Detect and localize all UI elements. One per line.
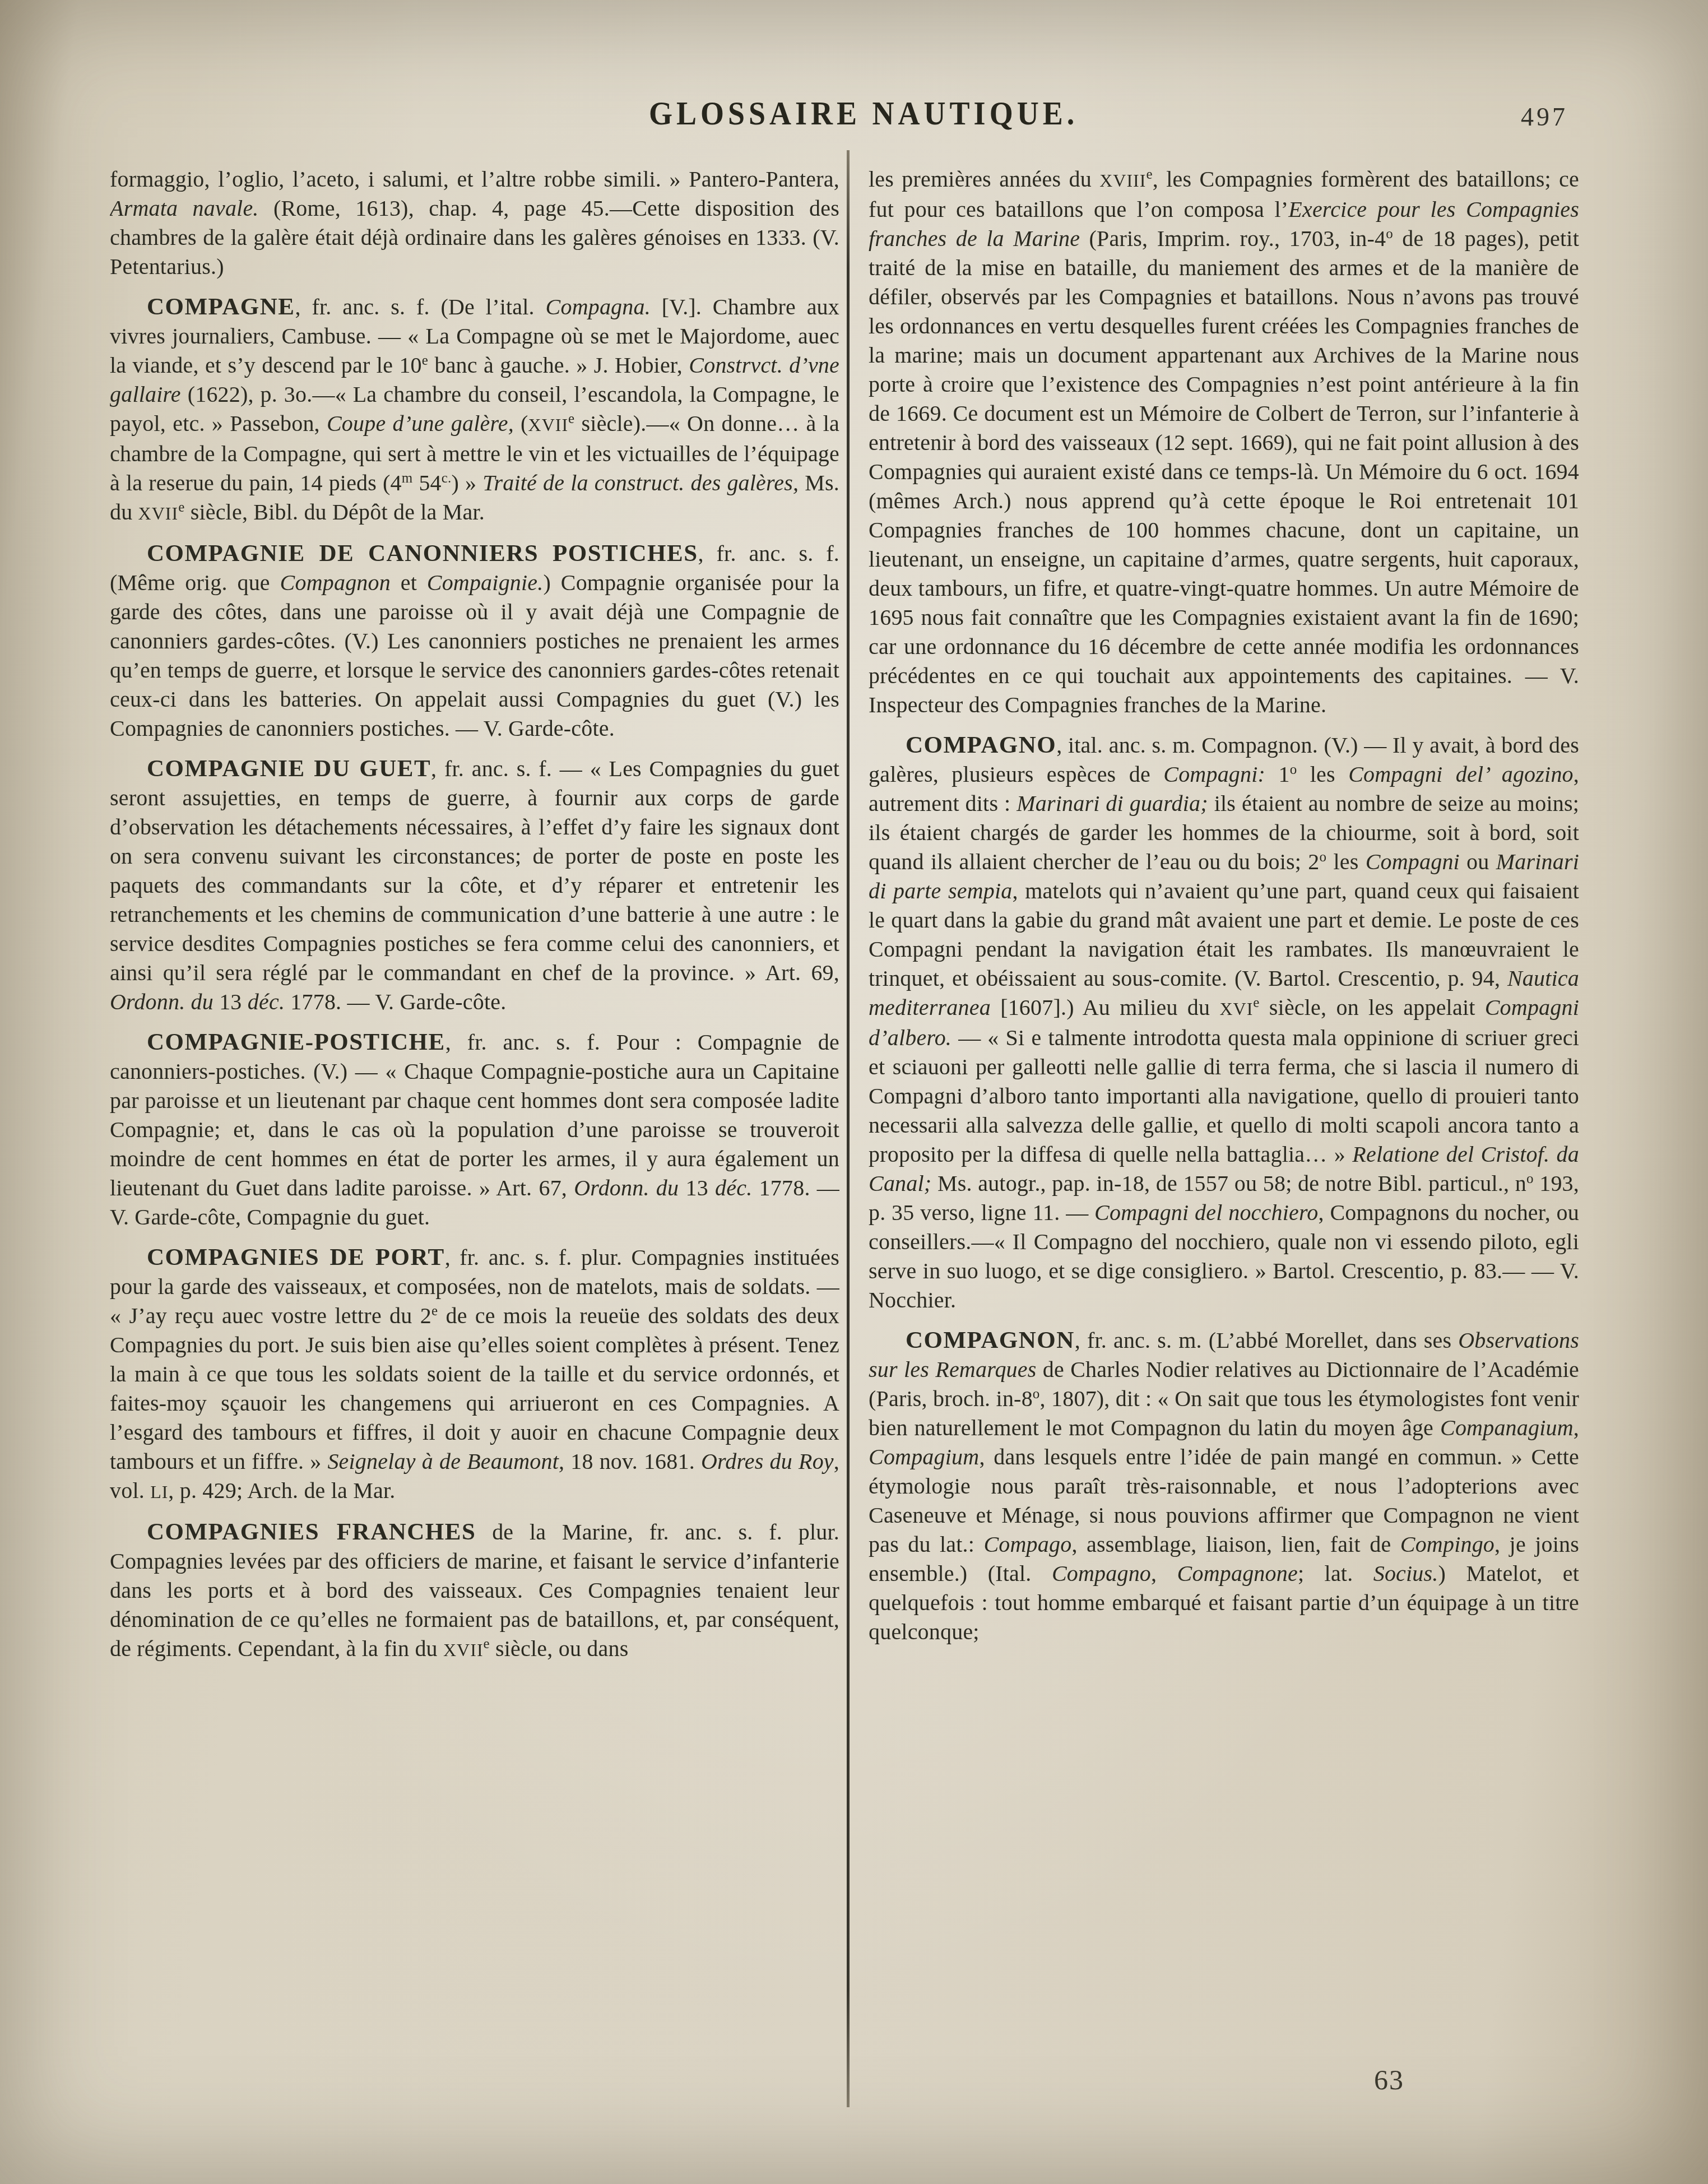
- signature-number: 63: [1374, 2064, 1404, 2096]
- text-run: 13: [679, 1175, 715, 1200]
- text-run: Marinari di guardia;: [1017, 791, 1208, 816]
- text-run: XVII: [528, 415, 569, 435]
- entry-continuation-formaggio: formaggio, l’oglio, l’aceto, i salumi, e…: [110, 165, 839, 281]
- text-run: Ordonn. du: [110, 989, 214, 1014]
- text-run: 1778. — V. Garde-côte.: [285, 989, 506, 1014]
- text-run: Coupe d’une galère,: [327, 411, 514, 436]
- text-run: de 18 pages), petit traité de la mise en…: [869, 226, 1579, 717]
- text-run: , assemblage, liaison, lien, fait de: [1071, 1532, 1400, 1557]
- entry-compagnies-franches: COMPAGNIES FRANCHES de la Marine, fr. an…: [110, 1518, 839, 1664]
- text-run: formaggio, l’oglio, l’aceto, i salumi, e…: [110, 166, 839, 192]
- text-run: 54: [412, 470, 441, 495]
- text-run: m: [402, 471, 413, 486]
- text-run: (: [514, 411, 528, 436]
- text-run: Traité de la construct. des galères,: [482, 470, 799, 495]
- text-run: siècle, Bibl. du Dépôt de la Mar.: [184, 499, 485, 525]
- text-run: o: [1319, 850, 1326, 865]
- text-run: COMPAGNON: [906, 1327, 1075, 1353]
- text-run: o: [1386, 226, 1393, 242]
- text-run: Compagni:: [1163, 762, 1265, 787]
- text-run: COMPAGNO: [906, 732, 1056, 758]
- text-run: e: [1253, 995, 1259, 1010]
- text-run: Compagni del nocchiero: [1094, 1200, 1318, 1225]
- text-run: 18 nov. 1681.: [564, 1449, 701, 1474]
- text-run: , fr. anc. s. f. — « Les Compagnies du g…: [110, 756, 839, 985]
- entry-compagnie-postiche: COMPAGNIE-POSTICHE, fr. anc. s. f. Pour …: [110, 1028, 839, 1232]
- text-run: Compagnone: [1177, 1561, 1298, 1586]
- text-run: Compagno: [1052, 1561, 1151, 1586]
- text-run: e: [178, 500, 184, 515]
- text-run: e: [422, 353, 428, 368]
- text-run: COMPAGNIES FRANCHES: [147, 1519, 476, 1545]
- text-run: les premières années du: [869, 166, 1099, 192]
- text-run: COMPAGNE: [147, 294, 295, 320]
- text-run: XVII: [138, 503, 179, 523]
- text-run: Compaignie.: [427, 570, 544, 595]
- text-run: e: [1146, 167, 1152, 182]
- text-run: (Paris, Imprim. roy., 1703, in-4: [1080, 226, 1386, 251]
- text-run: Compagnon: [280, 570, 391, 595]
- entry-compagnon: COMPAGNON, fr. anc. s. m. (L’abbé Morell…: [869, 1326, 1579, 1647]
- left-column: formaggio, l’oglio, l’aceto, i salumi, e…: [110, 165, 839, 2115]
- text-run: siècle, on les appelait: [1260, 995, 1485, 1020]
- text-run: déc.: [248, 989, 285, 1014]
- text-run: XVIII: [1099, 170, 1146, 191]
- text-run: Socius.: [1373, 1561, 1438, 1586]
- text-run: banc à gauche. » J. Hobier,: [428, 353, 689, 378]
- text-run: LI: [150, 1482, 168, 1502]
- text-run: les: [1326, 849, 1365, 874]
- entry-compagnies-franches-continuation: les premières années du XVIIIe, les Comp…: [869, 165, 1579, 720]
- text-run: ,: [1151, 1561, 1177, 1586]
- text-run: les: [1297, 762, 1348, 787]
- text-run: Armata navale.: [110, 196, 259, 221]
- entry-compagnies-de-port: COMPAGNIES DE PORT, fr. anc. s. f. plur.…: [110, 1243, 839, 1506]
- text-run: Compagium: [869, 1444, 979, 1469]
- page-number: 497: [1521, 102, 1568, 132]
- column-divider-rule: [847, 150, 850, 2107]
- text-run: Compagni del’ agozino: [1348, 762, 1574, 787]
- text-run: ,: [1574, 1415, 1579, 1440]
- page-title: GLOSSAIRE NAUTIQUE.: [649, 95, 1078, 133]
- scanned-book-page: GLOSSAIRE NAUTIQUE. 497 formaggio, l’ogl…: [0, 0, 1708, 2184]
- text-run: o: [1290, 762, 1297, 777]
- entry-compagnie-du-guet: COMPAGNIE DU GUET, fr. anc. s. f. — « Le…: [110, 754, 839, 1017]
- text-run: XVII: [443, 1640, 484, 1660]
- text-run: e: [568, 411, 574, 426]
- text-run: o: [1033, 1387, 1040, 1402]
- text-run: Compagni: [1366, 849, 1460, 874]
- text-run: siècle, ou dans: [490, 1636, 629, 1661]
- text-run: XVI: [1219, 999, 1253, 1019]
- entry-compagnie-de-canonniers-postiches: COMPAGNIE DE CANONNIERS POSTICHES, fr. a…: [110, 539, 839, 743]
- text-run: Compago: [983, 1532, 1071, 1557]
- text-run: , p. 429; Arch. de la Mar.: [168, 1478, 395, 1503]
- text-run: e: [484, 1636, 490, 1652]
- text-run: Ms. autogr., pap. in-18, de 1557 ou 58; …: [931, 1171, 1526, 1196]
- entry-compagno: COMPAGNO, ital. anc. s. m. Compagnon. (V…: [869, 731, 1579, 1315]
- text-run: 1: [1265, 762, 1290, 787]
- running-head: GLOSSAIRE NAUTIQUE. 497: [0, 0, 1708, 157]
- text-run: e: [431, 1304, 438, 1319]
- text-run: Compagna.: [546, 294, 651, 319]
- text-run: 13: [214, 989, 248, 1014]
- right-column: les premières années du XVIIIe, les Comp…: [869, 165, 1579, 2115]
- entry-compagne: COMPAGNE, fr. anc. s. f. (De l’ital. Com…: [110, 293, 839, 528]
- text-run: Ordres du Roy: [701, 1449, 834, 1474]
- text-run: COMPAGNIES DE PORT: [147, 1244, 445, 1270]
- text-run: o: [1526, 1171, 1534, 1186]
- text-run: et: [391, 570, 427, 595]
- text-run: COMPAGNIE DU GUET: [147, 755, 431, 782]
- text-run: ) »: [452, 470, 483, 495]
- text-run: ou: [1460, 849, 1496, 874]
- text-run: Seignelay à de Beaumont,: [327, 1449, 564, 1474]
- text-run: c.: [442, 471, 452, 486]
- text-run: , fr. anc. s. f. (De l’ital.: [295, 294, 545, 319]
- text-run: Ordonn. du: [574, 1175, 679, 1200]
- text-run: [1607].) Au milieu du: [991, 995, 1220, 1020]
- text-run: Compingo: [1400, 1532, 1494, 1557]
- text-run: COMPAGNIE DE CANONNIERS POSTICHES: [147, 540, 698, 567]
- text-run: COMPAGNIE-POSTICHE: [147, 1029, 445, 1055]
- text-run: ; lat.: [1298, 1561, 1373, 1586]
- text-run: Companagium: [1440, 1415, 1574, 1440]
- text-run: déc.: [715, 1175, 752, 1200]
- text-run: , fr. anc. s. m. (L’abbé Morellet, dans …: [1075, 1328, 1459, 1353]
- text-run: ) Compagnie organisée pour la garde des …: [110, 570, 839, 741]
